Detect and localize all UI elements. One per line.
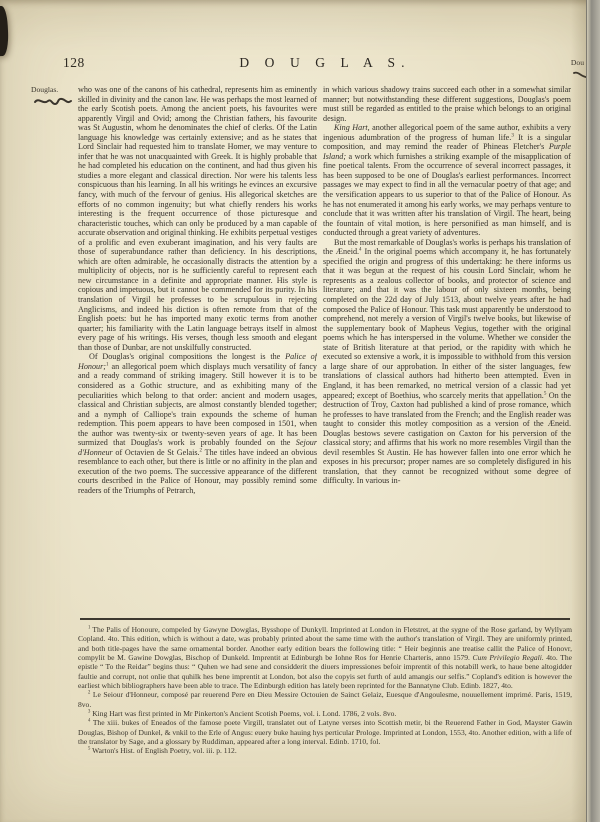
text-segment: In the original poems which accompany it… [323, 247, 571, 399]
text-segment: of Octavien de St Gelais. [113, 448, 200, 457]
text-segment: On the destruction of Troy, Caxton had p… [323, 391, 571, 486]
scan-edge-strip [586, 0, 600, 822]
running-title: D O U G L A S. [78, 55, 572, 71]
text-segment: Warton's Hist. of English Poetry, vol. i… [90, 746, 236, 755]
paragraph: in which various shadowy trains succeed … [323, 85, 571, 123]
text-column-left: who was one of the canons of his cathedr… [78, 85, 317, 614]
footnote: 2 Le Seiour d'Honneur, composé par reuer… [78, 690, 572, 709]
footnote: 5 Warton's Hist. of English Poetry, vol.… [78, 746, 572, 755]
page-edge-shadow [571, 0, 587, 822]
paragraph: But the most remarkable of Douglas's wor… [323, 238, 571, 486]
footnote-divider [80, 618, 570, 620]
book-page: 128 D O U G L A S. Douglas. Dou who was … [0, 0, 600, 822]
text-segment: King Hart, [334, 123, 370, 132]
footnote: 3 King Hart was first printed in Mr Pink… [78, 709, 572, 718]
text-segment: King Hart was first printed in Mr Pinker… [90, 709, 396, 718]
text-segment: an allegorical poem which displays much … [78, 362, 317, 447]
flourish-icon [33, 95, 73, 107]
paragraph: King Hart, another allegorical poem of t… [323, 123, 571, 238]
text-segment: Of Douglas's original compositions the l… [89, 352, 285, 361]
margin-note-left: Douglas. [31, 85, 58, 94]
paragraph: Of Douglas's original compositions the l… [78, 352, 317, 495]
footnotes-block: 1 The Palis of Honoure, compeled by Gawy… [78, 625, 572, 771]
text-segment: Cum Privilegio Regali. [473, 653, 544, 662]
text-segment: who was one of the canons of his cathedr… [78, 85, 317, 352]
text-segment: The xiii. bukes of Eneados of the famose… [78, 718, 572, 746]
text-segment: a work which furnishes a striking exampl… [323, 152, 571, 237]
scan-artifact-corner [0, 6, 9, 57]
text-column-right: in which various shadowy trains succeed … [323, 85, 571, 614]
paragraph: who was one of the canons of his cathedr… [78, 85, 317, 352]
footnote: 1 The Palis of Honoure, compeled by Gawy… [78, 625, 572, 690]
text-segment: Le Seiour d'Honneur, composé par reueren… [78, 690, 572, 708]
footnote: 4 The xiii. bukes of Eneados of the famo… [78, 718, 572, 746]
text-segment: in which various shadowy trains succeed … [323, 85, 571, 123]
